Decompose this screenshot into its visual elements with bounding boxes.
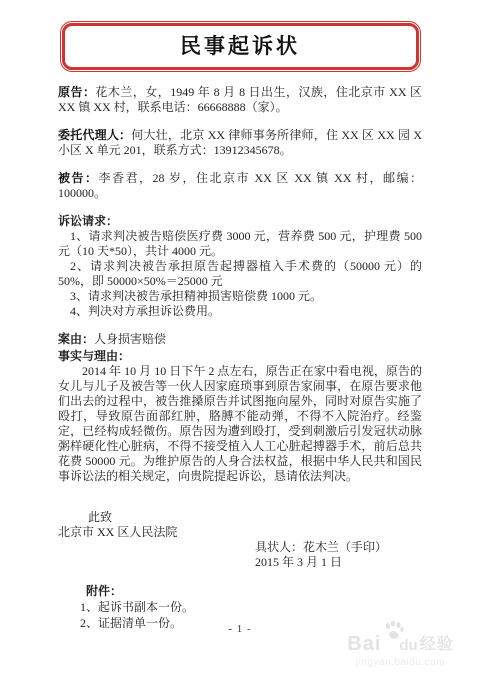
baidu-watermark: Bai du 经验 jingyan.baidu.com xyxy=(333,620,468,670)
facts-header: 事实与理由： xyxy=(58,349,422,364)
watermark-jingyan-text: 经验 xyxy=(420,636,454,654)
defendant-text: 李香君，28 岁，住北京市 XX 区 XX 镇 XX 村，邮编：100000。 xyxy=(58,171,422,200)
document-title: 民事起诉状 xyxy=(180,39,300,54)
court-name: 北京市 XX 区人民法院 xyxy=(58,525,422,540)
watermark-du-text: du xyxy=(399,638,417,654)
cause-text: 人身损害赔偿 xyxy=(94,332,166,346)
cause-paragraph: 案由：人身损害赔偿 xyxy=(58,332,422,347)
claim-item-2: 2、请求判决被告承担原告起搏器植入手术费的（50000 元）的 50%，即 50… xyxy=(58,259,422,289)
document-page: 民事起诉状 原告：花木兰，女，1949 年 8 月 8 日出生，汉族，住北京市 … xyxy=(0,0,480,678)
plaintiff-label: 原告： xyxy=(58,85,95,99)
claims-header: 诉讼请求： xyxy=(58,214,422,229)
signature-block: 具状人：花木兰（手印） 2015 年 3 月 1 日 xyxy=(58,540,422,570)
claim-item-4: 4、判决对方承担诉讼费用。 xyxy=(58,304,422,319)
defendant-paragraph: 被告：李香君，28 岁，住北京市 XX 区 XX 镇 XX 村，邮编：10000… xyxy=(58,171,422,201)
claim-item-3: 3、请求判决被告承担精神损害赔偿费 1000 元。 xyxy=(58,289,422,304)
watermark-bai-text: Bai xyxy=(347,634,381,654)
agent-label: 委托代理人： xyxy=(58,128,131,142)
facts-body: 2014 年 10 月 10 日下午 2 点左右，原告正在家中看电视，原告的女儿… xyxy=(58,364,422,484)
watermark-url: jingyan.baidu.com xyxy=(333,655,468,670)
title-box: 民事起诉状 xyxy=(62,23,419,70)
salute-line: 此致 xyxy=(58,510,422,525)
signer-line: 具状人：花木兰（手印） xyxy=(255,540,422,555)
defendant-label: 被告： xyxy=(58,171,99,185)
attachment-item-1: 1、起诉书副本一份。 xyxy=(58,600,422,615)
agent-paragraph: 委托代理人：何大壮，北京 XX 律师事务所律师，住 XX 区 XX 园 X 小区… xyxy=(58,128,422,158)
plaintiff-paragraph: 原告：花木兰，女，1949 年 8 月 8 日出生，汉族，住北京市 XX 区 X… xyxy=(58,85,422,115)
claim-item-1: 1、请求判决被告赔偿医疗费 3000 元，营养费 500 元，护理费 500 元… xyxy=(58,229,422,259)
attachments-header: 附件： xyxy=(58,584,422,599)
date-line: 2015 年 3 月 1 日 xyxy=(255,555,422,570)
plaintiff-text: 花木兰，女，1949 年 8 月 8 日出生，汉族，住北京市 XX 区 XX 镇… xyxy=(58,85,422,114)
cause-label: 案由： xyxy=(58,332,94,346)
